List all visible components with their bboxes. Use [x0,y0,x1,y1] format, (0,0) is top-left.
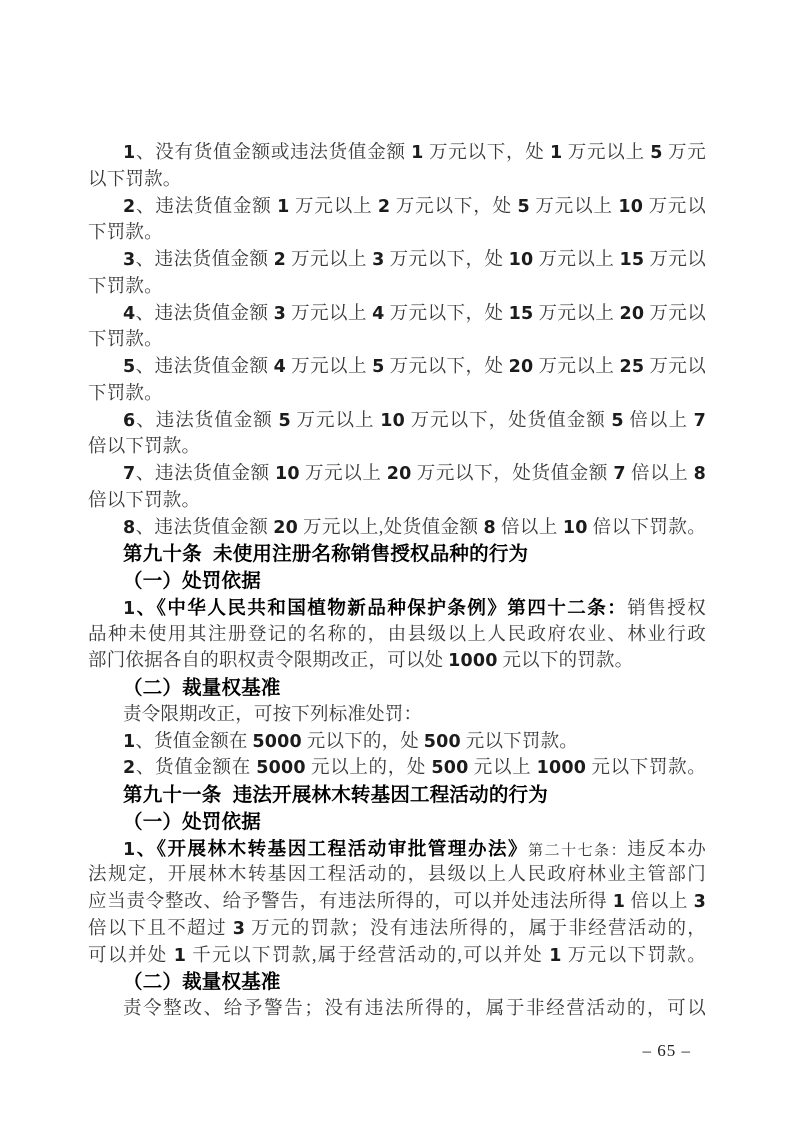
doc-line: 法规定，开展林木转基因工程活动的，县级以上人民政府林业主管部门 [88,862,706,889]
doc-line: 倍以下罚款。 [88,434,706,461]
doc-line: 以下罚款。 [88,167,706,194]
doc-line: 1、货值金额在 5000 元以下的，处 500 元以下罚款。 [88,729,706,756]
doc-line: 下罚款。 [88,274,706,301]
doc-line: 7、违法货值金额 10 万元以上 20 万元以下，处货值金额 7 倍以上 8 [88,461,706,488]
doc-line: 应当责令整改、给予警告，有违法所得的，可以并处违法所得 1 倍以上 3 [88,889,706,916]
doc-line: 责令整改、给予警告；没有违法所得的，属于非经营活动的，可以 [88,996,706,1023]
doc-line: 1、《中华人民共和国植物新品种保护条例》第四十二条：销售授权 [88,595,706,622]
law-article-ref: 第二十七条： [528,843,627,859]
doc-line: 倍以下且不超过 3 万元的罚款；没有违法所得的，属于非经营活动的， [88,916,706,943]
article-heading: 第九十条 未使用注册名称销售授权品种的行为 [88,541,706,568]
law-title: 1、《开展林木转基因工程活动审批管理办法》 [123,838,528,859]
doc-line: 3、违法货值金额 2 万元以上 3 万元以下，处 10 万元以上 15 万元以 [88,247,706,274]
section-heading: （二）裁量权基准 [88,675,706,702]
doc-line: 倍以下罚款。 [88,488,706,515]
doc-line: 4、违法货值金额 3 万元以上 4 万元以下，处 15 万元以上 20 万元以 [88,301,706,328]
doc-line: 责令限期改正，可按下列标准处罚： [88,702,706,729]
doc-line: 品种未使用其注册登记的名称的，由县级以上人民政府农业、林业行政 [88,622,706,649]
section-heading: （二）裁量权基准 [88,969,706,996]
doc-line: 2、违法货值金额 1 万元以上 2 万元以下，处 5 万元以上 10 万元以 [88,194,706,221]
doc-line: 下罚款。 [88,327,706,354]
law-text: 销售授权 [627,599,706,619]
document-body: 1、没有货值金额或违法货值金额 1 万元以下，处 1 万元以上 5 万元 以下罚… [88,140,706,1023]
doc-line: 部门依据各自的职权责令限期改正，可以处 1000 元以下的罚款。 [88,648,706,675]
doc-line: 下罚款。 [88,381,706,408]
doc-line: 8、违法货值金额 20 万元以上,处货值金额 8 倍以上 10 倍以下罚款。 [88,515,706,542]
page-number: – 65 – [643,1041,692,1061]
section-heading: （一）处罚依据 [88,809,706,836]
law-title: 1、《中华人民共和国植物新品种保护条例》第四十二条： [123,597,627,618]
document-page: 1、没有货值金额或违法货值金额 1 万元以下，处 1 万元以上 5 万元 以下罚… [0,0,793,1122]
article-heading: 第九十一条 违法开展林木转基因工程活动的行为 [88,782,706,809]
doc-line: 可以并处 1 千元以下罚款,属于经营活动的,可以并处 1 万元以下罚款。 [88,943,706,970]
law-text: 违反本办 [627,840,706,860]
doc-line: 下罚款。 [88,220,706,247]
doc-line: 5、违法货值金额 4 万元以上 5 万元以下，处 20 万元以上 25 万元以 [88,354,706,381]
doc-line: 1、没有货值金额或违法货值金额 1 万元以下，处 1 万元以上 5 万元 [88,140,706,167]
doc-line: 1、《开展林木转基因工程活动审批管理办法》第二十七条：违反本办 [88,836,706,863]
section-heading: （一）处罚依据 [88,568,706,595]
doc-line: 2、货值金额在 5000 元以上的，处 500 元以上 1000 元以下罚款。 [88,755,706,782]
doc-line: 6、违法货值金额 5 万元以上 10 万元以下，处货值金额 5 倍以上 7 [88,408,706,435]
